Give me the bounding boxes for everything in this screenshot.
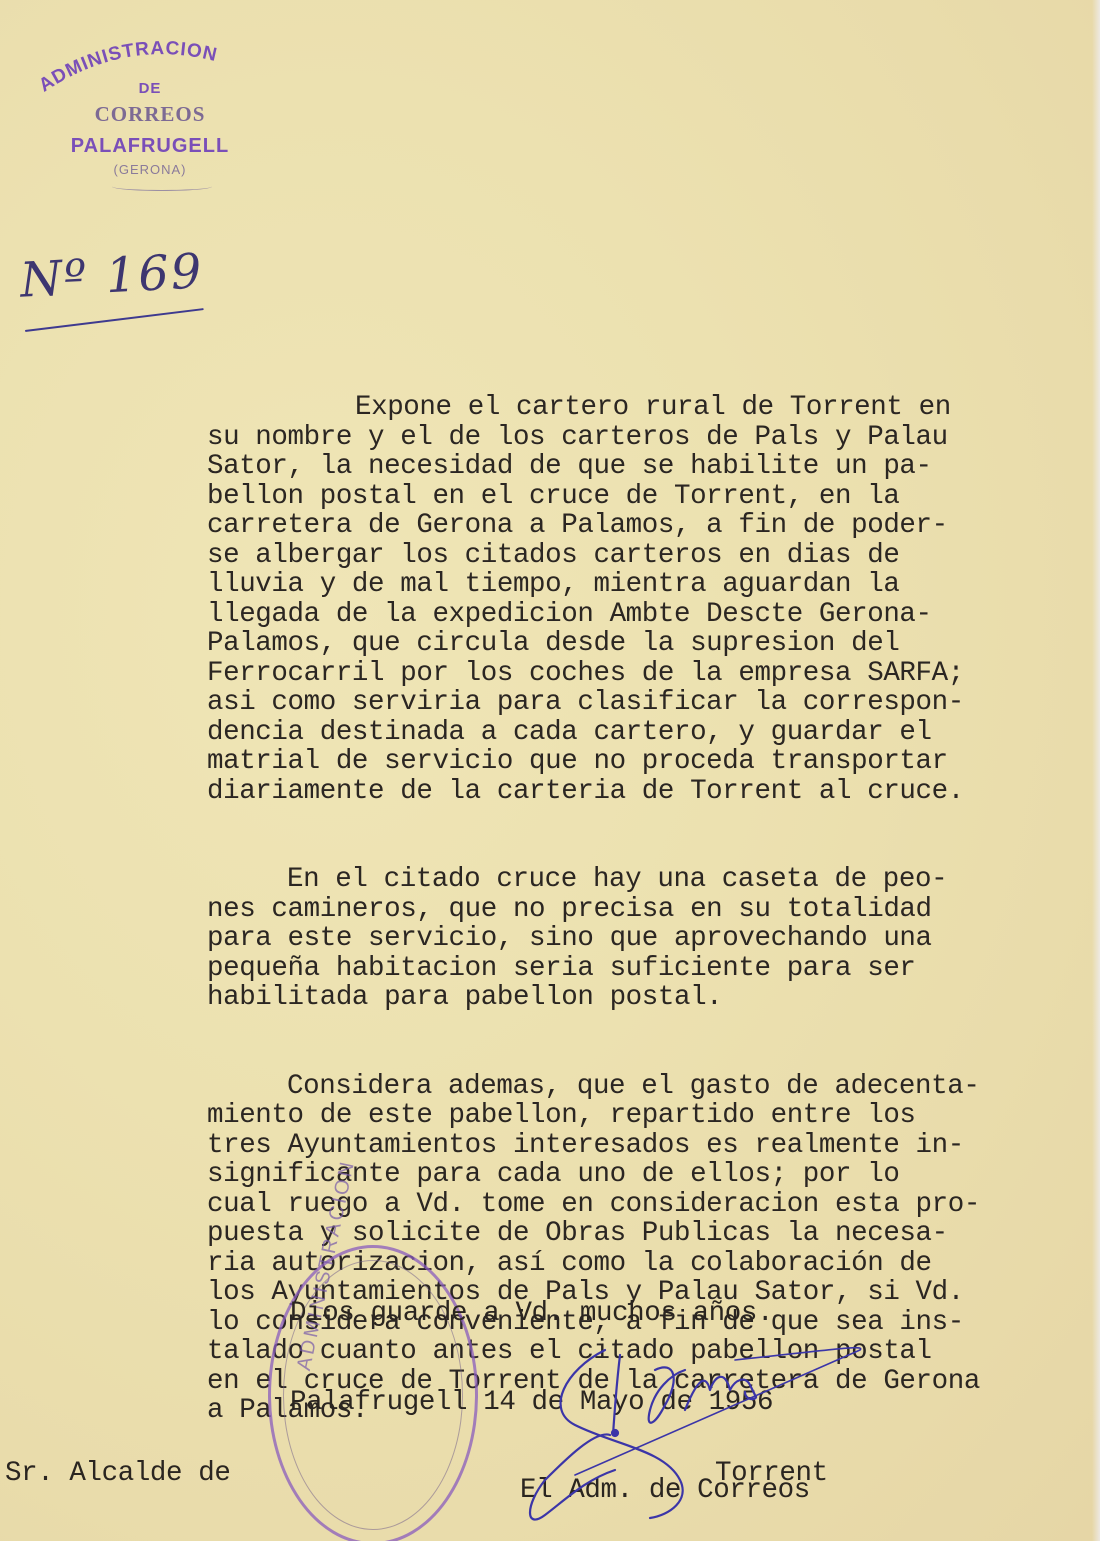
paragraph: En el citado cruce hay una caseta de peo… bbox=[207, 865, 1097, 1013]
text-line: pequeña habitacion seria suficiente para… bbox=[207, 954, 1097, 984]
text-line: miento de este pabellon, repartido entre… bbox=[207, 1101, 1097, 1131]
administration-stamp: ADMINISTRACION DE CORREOS PALAFRUGELL (G… bbox=[20, 30, 280, 200]
stamp-service: CORREOS bbox=[20, 102, 280, 127]
stamp-city: PALAFRUGELL bbox=[20, 135, 280, 158]
addressee-town: Torrent bbox=[715, 1459, 828, 1489]
stamp-flourish bbox=[112, 182, 212, 191]
text-line: Ferrocarril por los coches de la empresa… bbox=[207, 659, 1097, 689]
text-line: Palamos, que circula desde la supresion … bbox=[207, 629, 1097, 659]
text-line: carretera de Gerona a Palamos, a fin de … bbox=[207, 511, 1097, 541]
text-line: Expone el cartero rural de Torrent en bbox=[207, 393, 1097, 423]
text-line: matrial de servicio que no proceda trans… bbox=[207, 747, 1097, 777]
text-line: nes camineros, que no precisa en su tota… bbox=[207, 895, 1097, 925]
signature bbox=[505, 1330, 885, 1530]
addressee-label: Sr. Alcalde de bbox=[5, 1459, 230, 1489]
stamp-de: DE bbox=[20, 80, 280, 97]
text-line: diariamente de la carteria de Torrent al… bbox=[207, 777, 1097, 807]
paragraph: Expone el cartero rural de Torrent ensu … bbox=[207, 393, 1097, 806]
salutation: Dios guarde a Vd. muchos años. bbox=[290, 1299, 810, 1329]
text-line: bellon postal en el cruce de Torrent, en… bbox=[207, 482, 1097, 512]
text-line: habilitada para pabellon postal. bbox=[207, 983, 1097, 1013]
text-line: su nombre y el de los carteros de Pals y… bbox=[207, 423, 1097, 453]
stamp-arc-text: ADMINISTRACION bbox=[20, 30, 280, 110]
text-line: lluvia y de mal tiempo, mientra aguardan… bbox=[207, 570, 1097, 600]
text-line: Sator, la necesidad de que se habilite u… bbox=[207, 452, 1097, 482]
text-line: llegada de la expedicion Ambte Descte Ge… bbox=[207, 600, 1097, 630]
text-line: para este servicio, sino que aprovechand… bbox=[207, 924, 1097, 954]
text-line: Considera ademas, que el gasto de adecen… bbox=[207, 1072, 1097, 1102]
reference-number: Nº 169 bbox=[19, 243, 205, 309]
text-line: tres Ayuntamientos interesados es realme… bbox=[207, 1131, 1097, 1161]
stamp-province: (GERONA) bbox=[20, 162, 280, 177]
text-line: En el citado cruce hay una caseta de peo… bbox=[207, 865, 1097, 895]
text-line: asi como serviria para clasificar la cor… bbox=[207, 688, 1097, 718]
text-line: se albergar los citados carteros en dias… bbox=[207, 541, 1097, 571]
reference-underline bbox=[25, 308, 204, 332]
text-line: dencia destinada a cada cartero, y guard… bbox=[207, 718, 1097, 748]
